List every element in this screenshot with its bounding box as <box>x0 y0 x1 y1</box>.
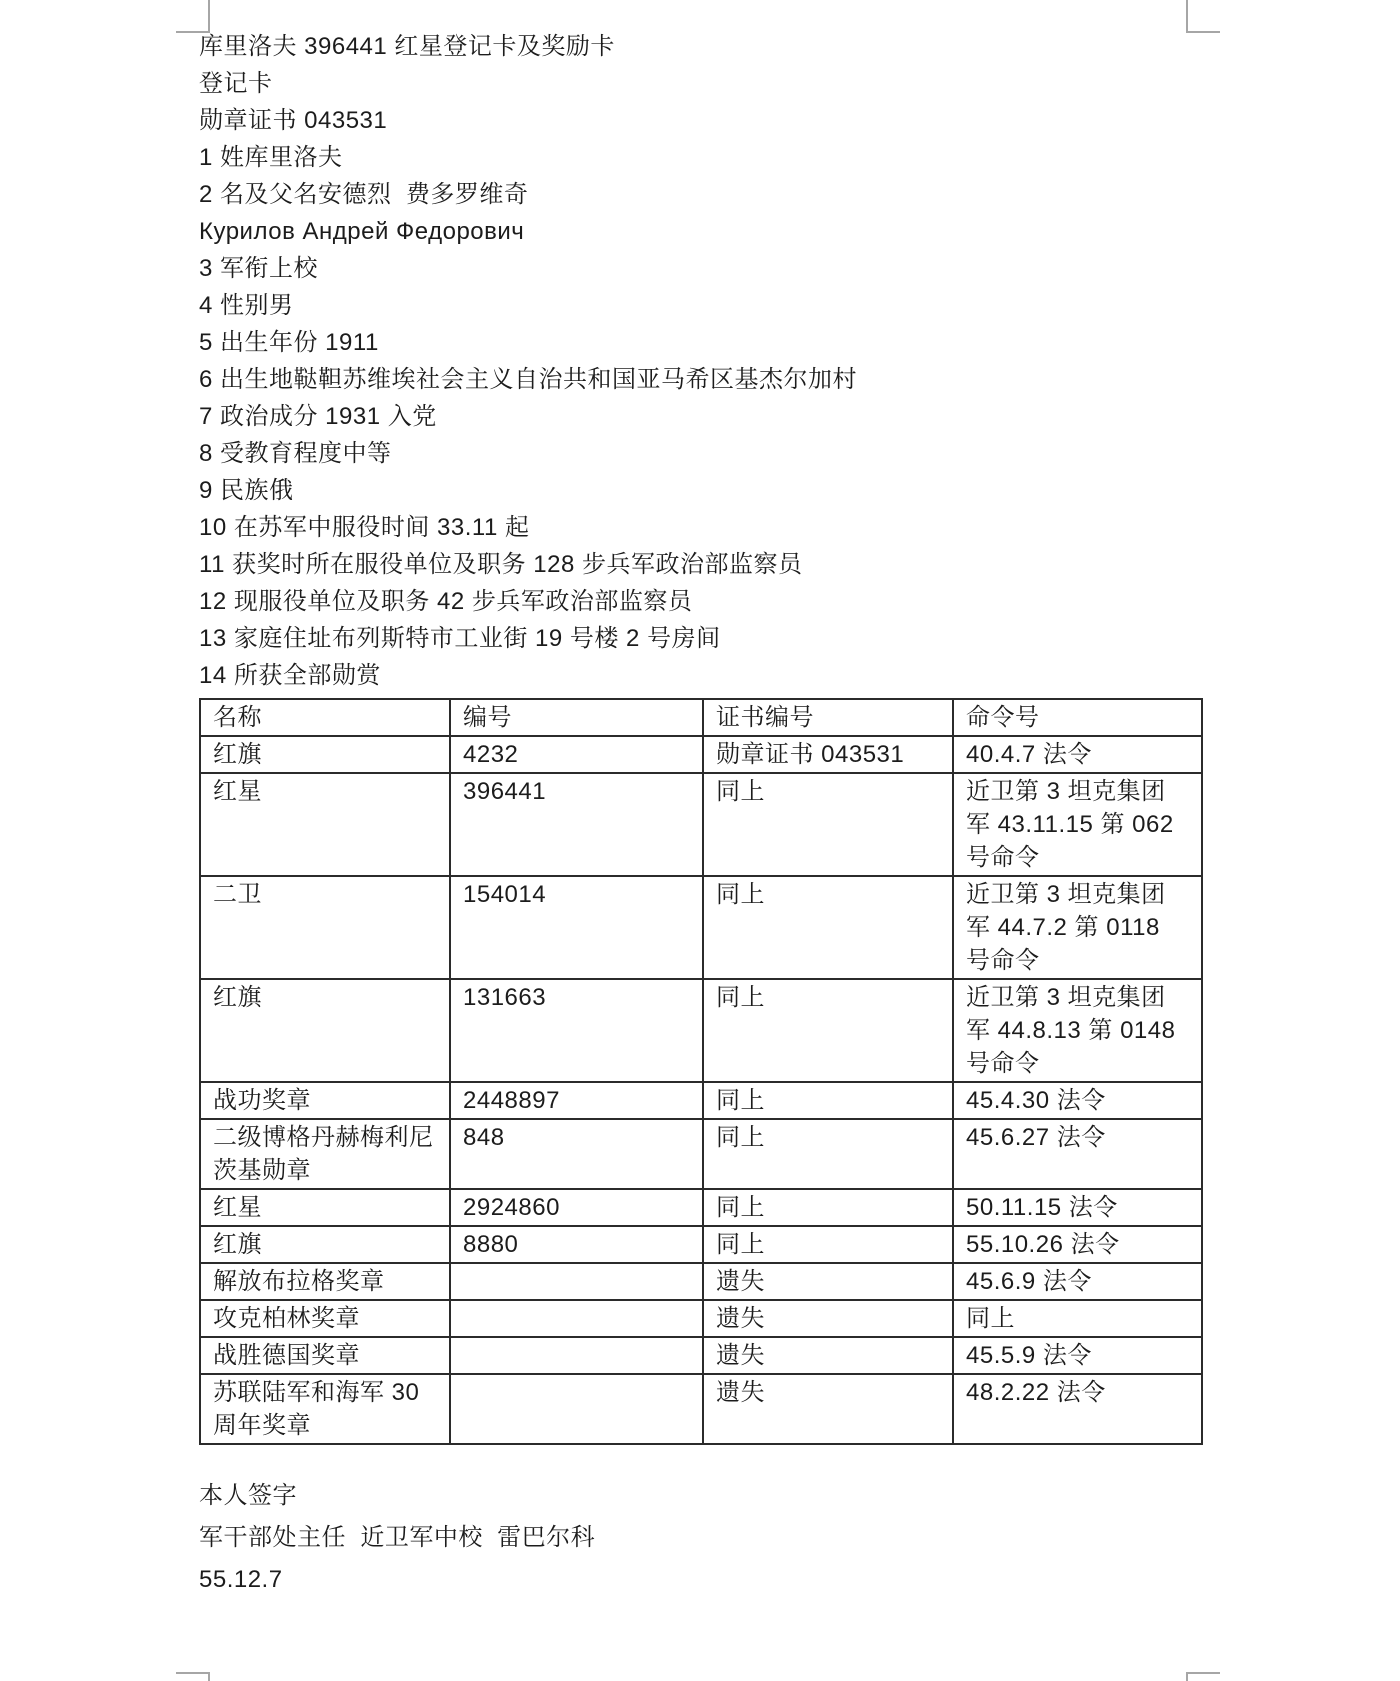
cell-serial-number <box>450 1337 703 1374</box>
table-row: 红星 2924860 同上 50.11.15 法令 <box>200 1189 1202 1226</box>
table-row: 攻克柏林奖章 遗失 同上 <box>200 1300 1202 1337</box>
cell-serial-number <box>450 1263 703 1300</box>
cell-award-name: 红旗 <box>200 1226 450 1263</box>
cell-serial-number <box>450 1374 703 1444</box>
table-row: 苏联陆军和海军 30 周年奖章 遗失 48.2.22 法令 <box>200 1374 1202 1444</box>
cell-serial-number: 2924860 <box>450 1189 703 1226</box>
text-line: 55.12.7 <box>199 1559 1201 1601</box>
text-line: 3 军衔上校 <box>199 250 1201 287</box>
text-line: 9 民族俄 <box>199 472 1201 509</box>
cell-serial-number: 4232 <box>450 736 703 773</box>
cell-order-number: 48.2.22 法令 <box>953 1374 1202 1444</box>
cell-certificate-number: 遗失 <box>703 1263 953 1300</box>
cell-order-number: 45.6.27 法令 <box>953 1119 1202 1189</box>
cell-certificate-number: 遗失 <box>703 1300 953 1337</box>
cell-certificate-number: 同上 <box>703 1189 953 1226</box>
text-line: 10 在苏军中服役时间 33.11 起 <box>199 509 1201 546</box>
awards-table-body: 红旗 4232 勋章证书 043531 40.4.7 法令 红星 396441 … <box>200 736 1202 1444</box>
cell-order-number: 近卫第 3 坦克集团军 44.8.13 第 0148 号命令 <box>953 979 1202 1082</box>
cell-order-number: 同上 <box>953 1300 1202 1337</box>
cell-serial-number: 154014 <box>450 876 703 979</box>
text-line: 本人签字 <box>199 1475 1201 1517</box>
cell-serial-number <box>450 1300 703 1337</box>
cell-order-number: 55.10.26 法令 <box>953 1226 1202 1263</box>
cell-award-name: 二级博格丹赫梅利尼茨基勋章 <box>200 1119 450 1189</box>
table-row: 解放布拉格奖章 遗失 45.6.9 法令 <box>200 1263 1202 1300</box>
cell-award-name: 红旗 <box>200 736 450 773</box>
text-line: 8 受教育程度中等 <box>199 435 1201 472</box>
text-line: 库里洛夫 396441 红星登记卡及奖励卡 <box>199 28 1201 65</box>
awards-table: 名称 编号 证书编号 命令号 红旗 4232 勋章证书 043531 40.4.… <box>199 698 1203 1445</box>
cell-order-number: 近卫第 3 坦克集团军 43.11.15 第 062 号命令 <box>953 773 1202 876</box>
table-row: 战胜德国奖章 遗失 45.5.9 法令 <box>200 1337 1202 1374</box>
cell-order-number: 50.11.15 法令 <box>953 1189 1202 1226</box>
cell-order-number: 近卫第 3 坦克集团军 44.7.2 第 0118 号命令 <box>953 876 1202 979</box>
text-line: 2 名及父名安德烈 费多罗维奇 <box>199 176 1201 213</box>
cell-award-name: 红星 <box>200 1189 450 1226</box>
cell-certificate-number: 同上 <box>703 979 953 1082</box>
footer-lines: 本人签字 军干部处主任 近卫军中校 雷巴尔科 55.12.7 <box>199 1475 1201 1601</box>
cell-award-name: 二卫 <box>200 876 450 979</box>
text-line: 勋章证书 043531 <box>199 102 1201 139</box>
table-row: 红旗 131663 同上 近卫第 3 坦克集团军 44.8.13 第 0148 … <box>200 979 1202 1082</box>
text-line: 13 家庭住址布列斯特市工业街 19 号楼 2 号房间 <box>199 620 1201 657</box>
cell-certificate-number: 同上 <box>703 1119 953 1189</box>
table-row: 战功奖章 2448897 同上 45.4.30 法令 <box>200 1082 1202 1119</box>
column-header-certificate: 证书编号 <box>703 699 953 736</box>
table-row: 二卫 154014 同上 近卫第 3 坦克集团军 44.7.2 第 0118 号… <box>200 876 1202 979</box>
cell-order-number: 40.4.7 法令 <box>953 736 1202 773</box>
crop-mark-bottom-left-icon <box>176 1672 210 1681</box>
table-row: 二级博格丹赫梅利尼茨基勋章 848 同上 45.6.27 法令 <box>200 1119 1202 1189</box>
cell-certificate-number: 勋章证书 043531 <box>703 736 953 773</box>
column-header-serial: 编号 <box>450 699 703 736</box>
text-line: 登记卡 <box>199 65 1201 102</box>
cell-serial-number: 8880 <box>450 1226 703 1263</box>
text-line: 14 所获全部勋赏 <box>199 657 1201 694</box>
document-content: 库里洛夫 396441 红星登记卡及奖励卡 登记卡 勋章证书 043531 1 … <box>199 28 1201 1601</box>
cell-serial-number: 131663 <box>450 979 703 1082</box>
cell-award-name: 红星 <box>200 773 450 876</box>
text-line: 军干部处主任 近卫军中校 雷巴尔科 <box>199 1517 1201 1559</box>
cell-certificate-number: 遗失 <box>703 1337 953 1374</box>
table-row: 红旗 8880 同上 55.10.26 法令 <box>200 1226 1202 1263</box>
cell-certificate-number: 同上 <box>703 1082 953 1119</box>
table-row: 红旗 4232 勋章证书 043531 40.4.7 法令 <box>200 736 1202 773</box>
cell-award-name: 苏联陆军和海军 30 周年奖章 <box>200 1374 450 1444</box>
cell-serial-number: 2448897 <box>450 1082 703 1119</box>
cell-award-name: 战胜德国奖章 <box>200 1337 450 1374</box>
cell-certificate-number: 同上 <box>703 876 953 979</box>
cell-award-name: 红旗 <box>200 979 450 1082</box>
cell-certificate-number: 同上 <box>703 1226 953 1263</box>
cell-order-number: 45.6.9 法令 <box>953 1263 1202 1300</box>
text-line: 1 姓库里洛夫 <box>199 139 1201 176</box>
text-line: 11 获奖时所在服役单位及职务 128 步兵军政治部监察员 <box>199 546 1201 583</box>
cell-award-name: 解放布拉格奖章 <box>200 1263 450 1300</box>
table-row: 红星 396441 同上 近卫第 3 坦克集团军 43.11.15 第 062 … <box>200 773 1202 876</box>
cell-award-name: 战功奖章 <box>200 1082 450 1119</box>
text-line: 7 政治成分 1931 入党 <box>199 398 1201 435</box>
text-line: 4 性别男 <box>199 287 1201 324</box>
text-line: 12 现服役单位及职务 42 步兵军政治部监察员 <box>199 583 1201 620</box>
text-line: 5 出生年份 1911 <box>199 324 1201 361</box>
crop-mark-bottom-right-icon <box>1186 1672 1220 1681</box>
cell-order-number: 45.5.9 法令 <box>953 1337 1202 1374</box>
cell-award-name: 攻克柏林奖章 <box>200 1300 450 1337</box>
cell-order-number: 45.4.30 法令 <box>953 1082 1202 1119</box>
cell-serial-number: 848 <box>450 1119 703 1189</box>
column-header-name: 名称 <box>200 699 450 736</box>
column-header-order: 命令号 <box>953 699 1202 736</box>
cell-serial-number: 396441 <box>450 773 703 876</box>
cell-certificate-number: 同上 <box>703 773 953 876</box>
header-lines: 库里洛夫 396441 红星登记卡及奖励卡 登记卡 勋章证书 043531 1 … <box>199 28 1201 694</box>
text-line: Курилов Андрей Федорович <box>199 213 1201 250</box>
document-page: 库里洛夫 396441 红星登记卡及奖励卡 登记卡 勋章证书 043531 1 … <box>0 0 1400 1681</box>
cell-certificate-number: 遗失 <box>703 1374 953 1444</box>
text-line: 6 出生地鞑靼苏维埃社会主义自治共和国亚马希区基杰尔加村 <box>199 361 1201 398</box>
awards-table-header-row: 名称 编号 证书编号 命令号 <box>200 699 1202 736</box>
